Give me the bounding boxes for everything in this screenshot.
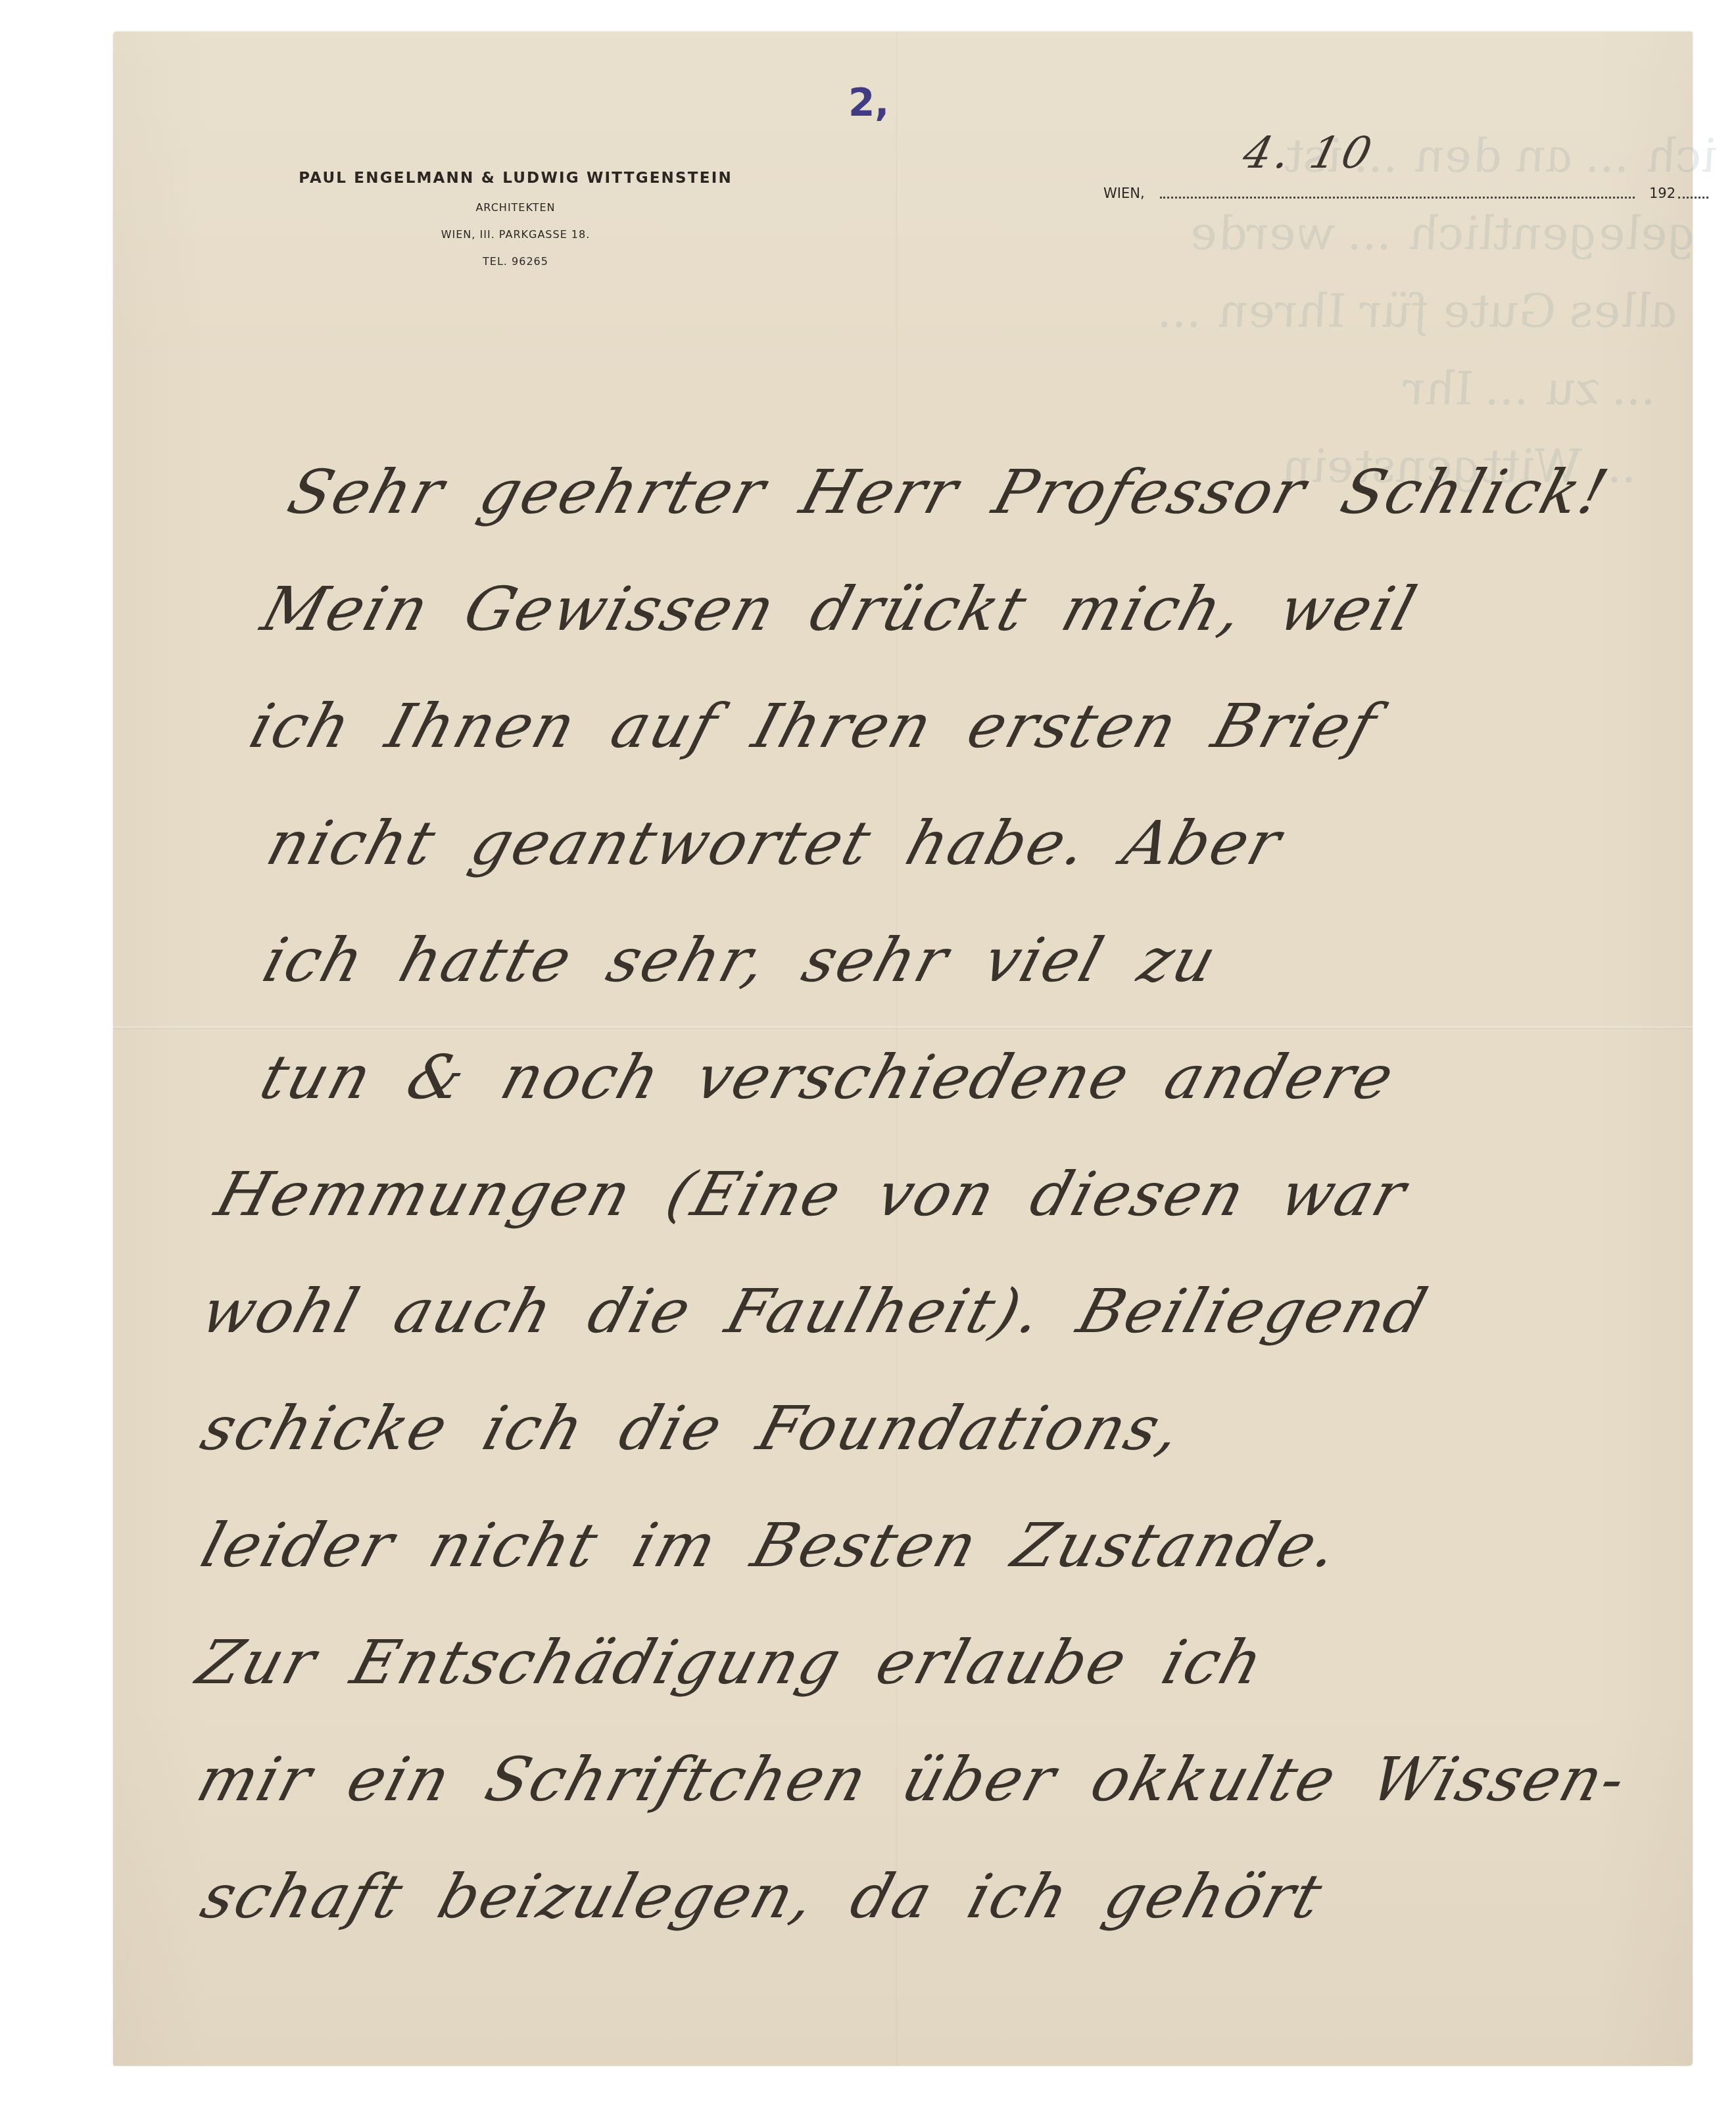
- letterhead-firm-name: PAUL ENGELMANN & LUDWIG WITTGENSTEIN: [187, 170, 844, 187]
- page-number-mark: 2,: [848, 80, 889, 125]
- letterhead-telephone: TEL. 96265: [187, 255, 844, 268]
- body-line: mir ein Schriftchen über okkulte Wissen-: [183, 1721, 1675, 1838]
- body-line: Zur Entschädigung erlaube ich: [183, 1604, 1675, 1721]
- bleed-line: alles Gute für Ihren ...: [846, 272, 1687, 350]
- dateline-place: WIEN,: [1103, 185, 1145, 201]
- body-line: schicke ich die Foundations,: [187, 1370, 1675, 1487]
- body-line: Mein Gewissen drückt mich, weil: [247, 551, 1675, 668]
- body-line: ich Ihnen auf Ihren ersten Brief: [235, 668, 1675, 785]
- body-line: nicht geantwortet habe. Aber: [253, 785, 1675, 902]
- letter-body: Sehr geehrter Herr Professor Schlick! Me…: [175, 434, 1641, 1955]
- body-line: schaft beizulegen, da ich gehört: [187, 1838, 1675, 1955]
- dateline-dotted-rule: [1160, 197, 1635, 199]
- salutation-line: Sehr geehrter Herr Professor Schlick!: [274, 434, 1675, 551]
- dateline-year-dotted-rule: [1678, 197, 1708, 199]
- bleed-line: gelegentlich ... werde: [866, 195, 1707, 272]
- letterhead: PAUL ENGELMANN & LUDWIG WITTGENSTEIN ARC…: [187, 170, 844, 268]
- letterhead-profession: ARCHITEKTEN: [187, 201, 844, 214]
- bleed-line: ... zu ... Ihr: [827, 350, 1668, 427]
- dateline: WIEN, 192: [1103, 175, 1708, 201]
- dateline-year-prefix: 192: [1649, 185, 1676, 201]
- body-line: ich hatte sehr, sehr viel zu: [249, 902, 1675, 1019]
- letterhead-address: WIEN, III. PARKGASSE 18.: [187, 228, 844, 241]
- body-line: leider nicht im Besten Zustande.: [187, 1487, 1675, 1604]
- body-line: wohl auch die Faulheit). Beiliegend: [187, 1253, 1675, 1370]
- letter-page: ich ... an den ... ist gelegentlich ... …: [113, 32, 1693, 2066]
- body-line: Hemmungen (Eine von diesen war: [201, 1136, 1675, 1253]
- handwritten-date: 4. 10: [1238, 128, 1380, 178]
- body-line: tun & noch verschiedene andere: [246, 1019, 1675, 1136]
